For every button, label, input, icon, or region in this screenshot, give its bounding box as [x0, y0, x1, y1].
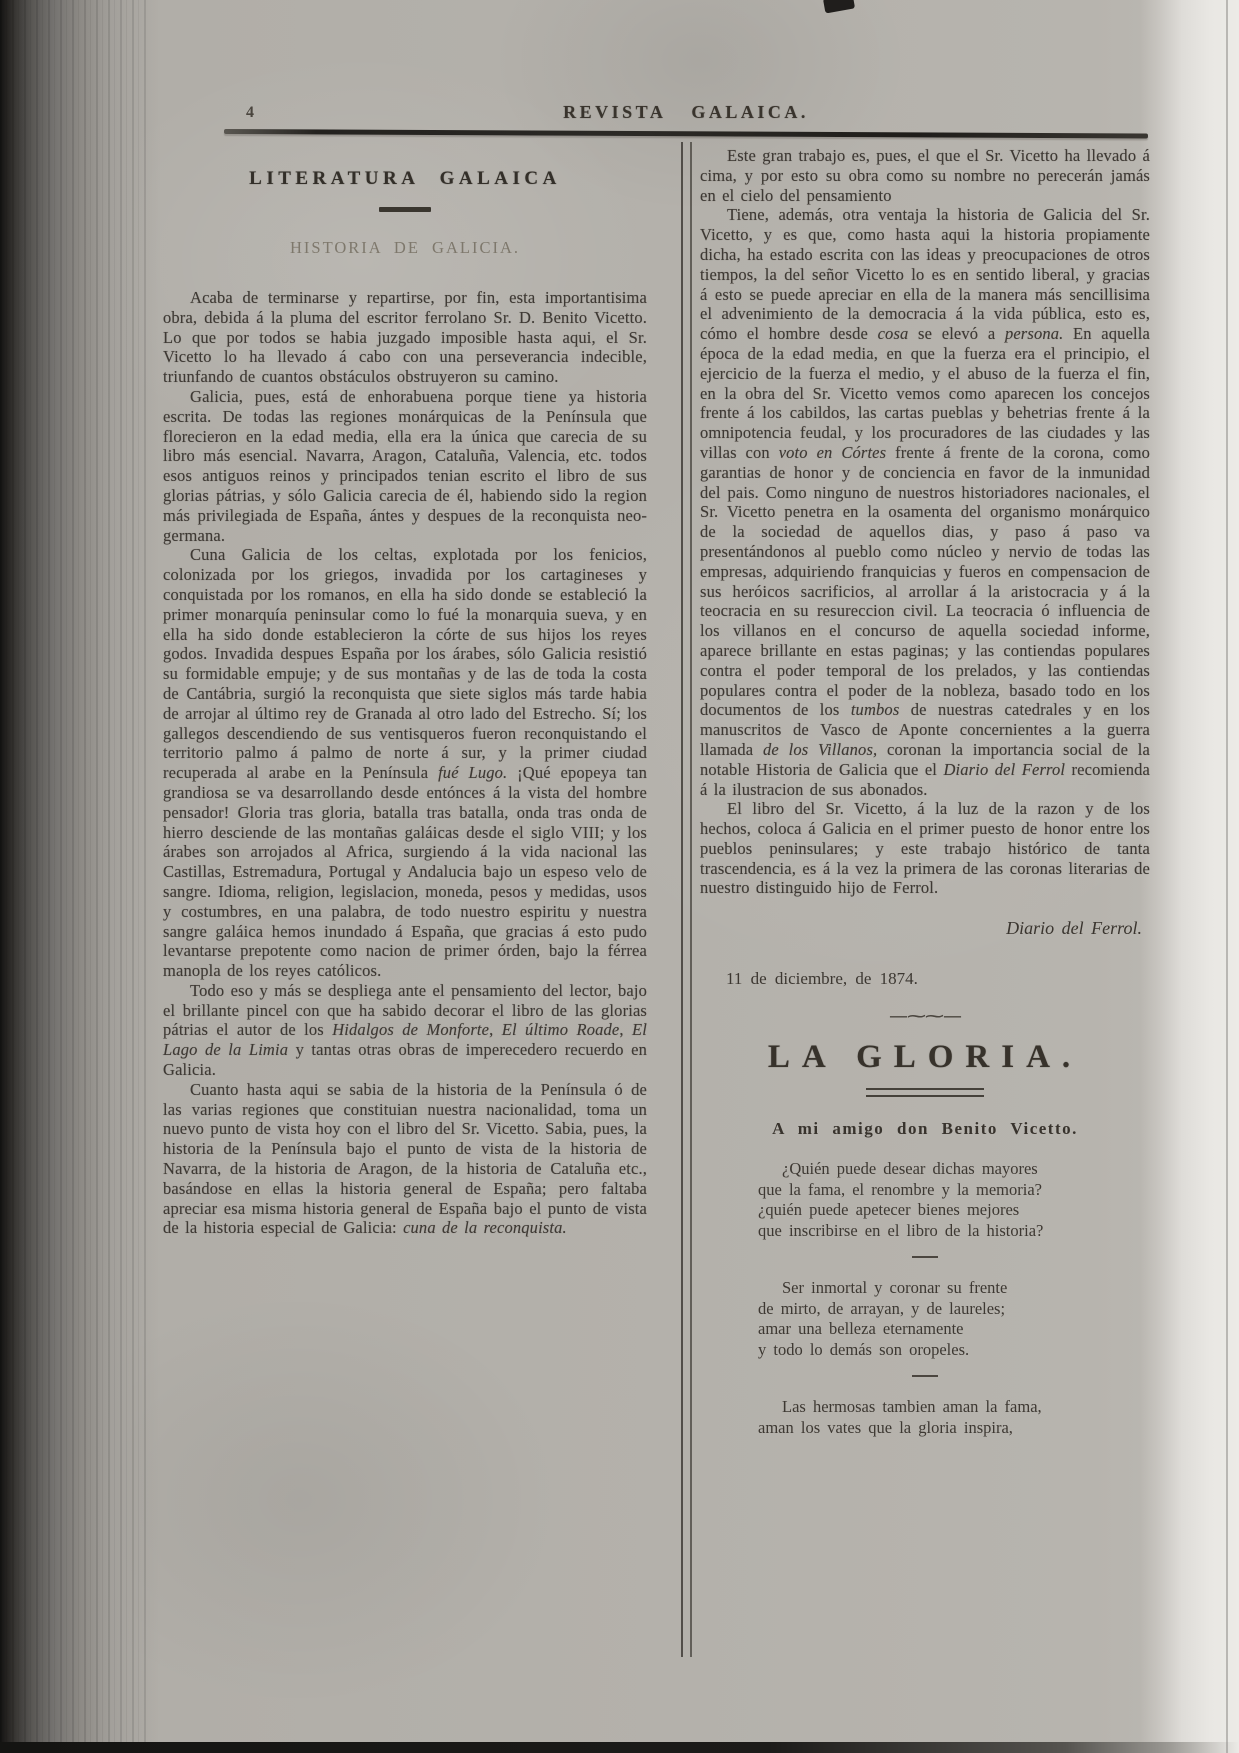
poem-line: aman los vates que la gloria inspira, — [758, 1418, 1150, 1439]
scan-border-line — [1226, 0, 1228, 1753]
poem-line: ¿quién puede apetecer bienes mejores — [758, 1200, 1150, 1221]
section-title-divider — [379, 207, 431, 212]
poem-line: y todo lo demás son oropeles. — [758, 1340, 1150, 1361]
poem-line: que la fama, el renombre y la memoria? — [758, 1180, 1150, 1201]
article-paragraph: Cuanto hasta aqui se sabia de la histori… — [163, 1080, 647, 1238]
page-bottom-shadow — [0, 1742, 1239, 1753]
article-title: HISTORIA DE GALICIA. — [163, 238, 647, 258]
ornament-divider: —⁓⁓— — [700, 1005, 1150, 1027]
article-paragraph: El libro del Sr. Vicetto, á la luz de la… — [700, 799, 1150, 898]
page-right-edge — [1140, 0, 1239, 1753]
poem-dedication: A mi amigo don Benito Vicetto. — [700, 1119, 1150, 1139]
article-paragraph: Tiene, además, otra ventaja la historia … — [700, 205, 1150, 799]
ink-smudge — [823, 0, 855, 13]
page-edge-streaks — [0, 0, 150, 1753]
poem-stanza: Ser inmortal y coronar su frente de mirt… — [700, 1278, 1150, 1360]
poem-title-rule — [866, 1088, 984, 1097]
article-paragraph: Acaba de terminarse y repartirse, por fi… — [163, 288, 647, 387]
scanned-page: 4 REVISTA GALAICA. LITERATURA GALAICA HI… — [0, 0, 1239, 1753]
date-line: 11 de diciembre, de 1874. — [700, 969, 1150, 989]
article-paragraph: Todo eso y más se despliega ante el pens… — [163, 981, 647, 1080]
poem-stanza: Las hermosas tambien aman la fama, aman … — [700, 1397, 1150, 1438]
column-divider — [681, 142, 692, 1657]
poem-line: amar una belleza eternamente — [758, 1319, 1150, 1340]
poem-line: Las hermosas tambien aman la fama, — [758, 1397, 1150, 1418]
article-paragraph: Galicia, pues, está de enhorabuena porqu… — [163, 387, 647, 545]
poem-title: LA GLORIA. — [700, 1039, 1150, 1076]
left-column: LITERATURA GALAICA HISTORIA DE GALICIA. … — [163, 146, 647, 1238]
article-paragraph: Este gran trabajo es, pues, el que el Sr… — [700, 146, 1150, 205]
masthead-title: REVISTA GALAICA. — [225, 102, 1147, 123]
poem-line: ¿Quién puede desear dichas mayores — [758, 1159, 1150, 1180]
stanza-divider — [912, 1256, 938, 1258]
article-paragraph: Cuna Galicia de los celtas, explotada po… — [163, 545, 647, 981]
poem-line: de mirto, de arrayan, y de laureles; — [758, 1299, 1150, 1320]
poem-line: que inscribirse en el libro de la histor… — [758, 1221, 1150, 1242]
article-signature: Diario del Ferrol. — [700, 918, 1150, 939]
poem-line: Ser inmortal y coronar su frente — [758, 1278, 1150, 1299]
section-title: LITERATURA GALAICA — [163, 168, 647, 190]
stanza-divider — [912, 1375, 938, 1377]
right-column: Este gran trabajo es, pues, el que el Sr… — [700, 146, 1150, 1438]
header-rule — [224, 129, 1148, 139]
poem-stanza: ¿Quién puede desear dichas mayores que l… — [700, 1159, 1150, 1241]
